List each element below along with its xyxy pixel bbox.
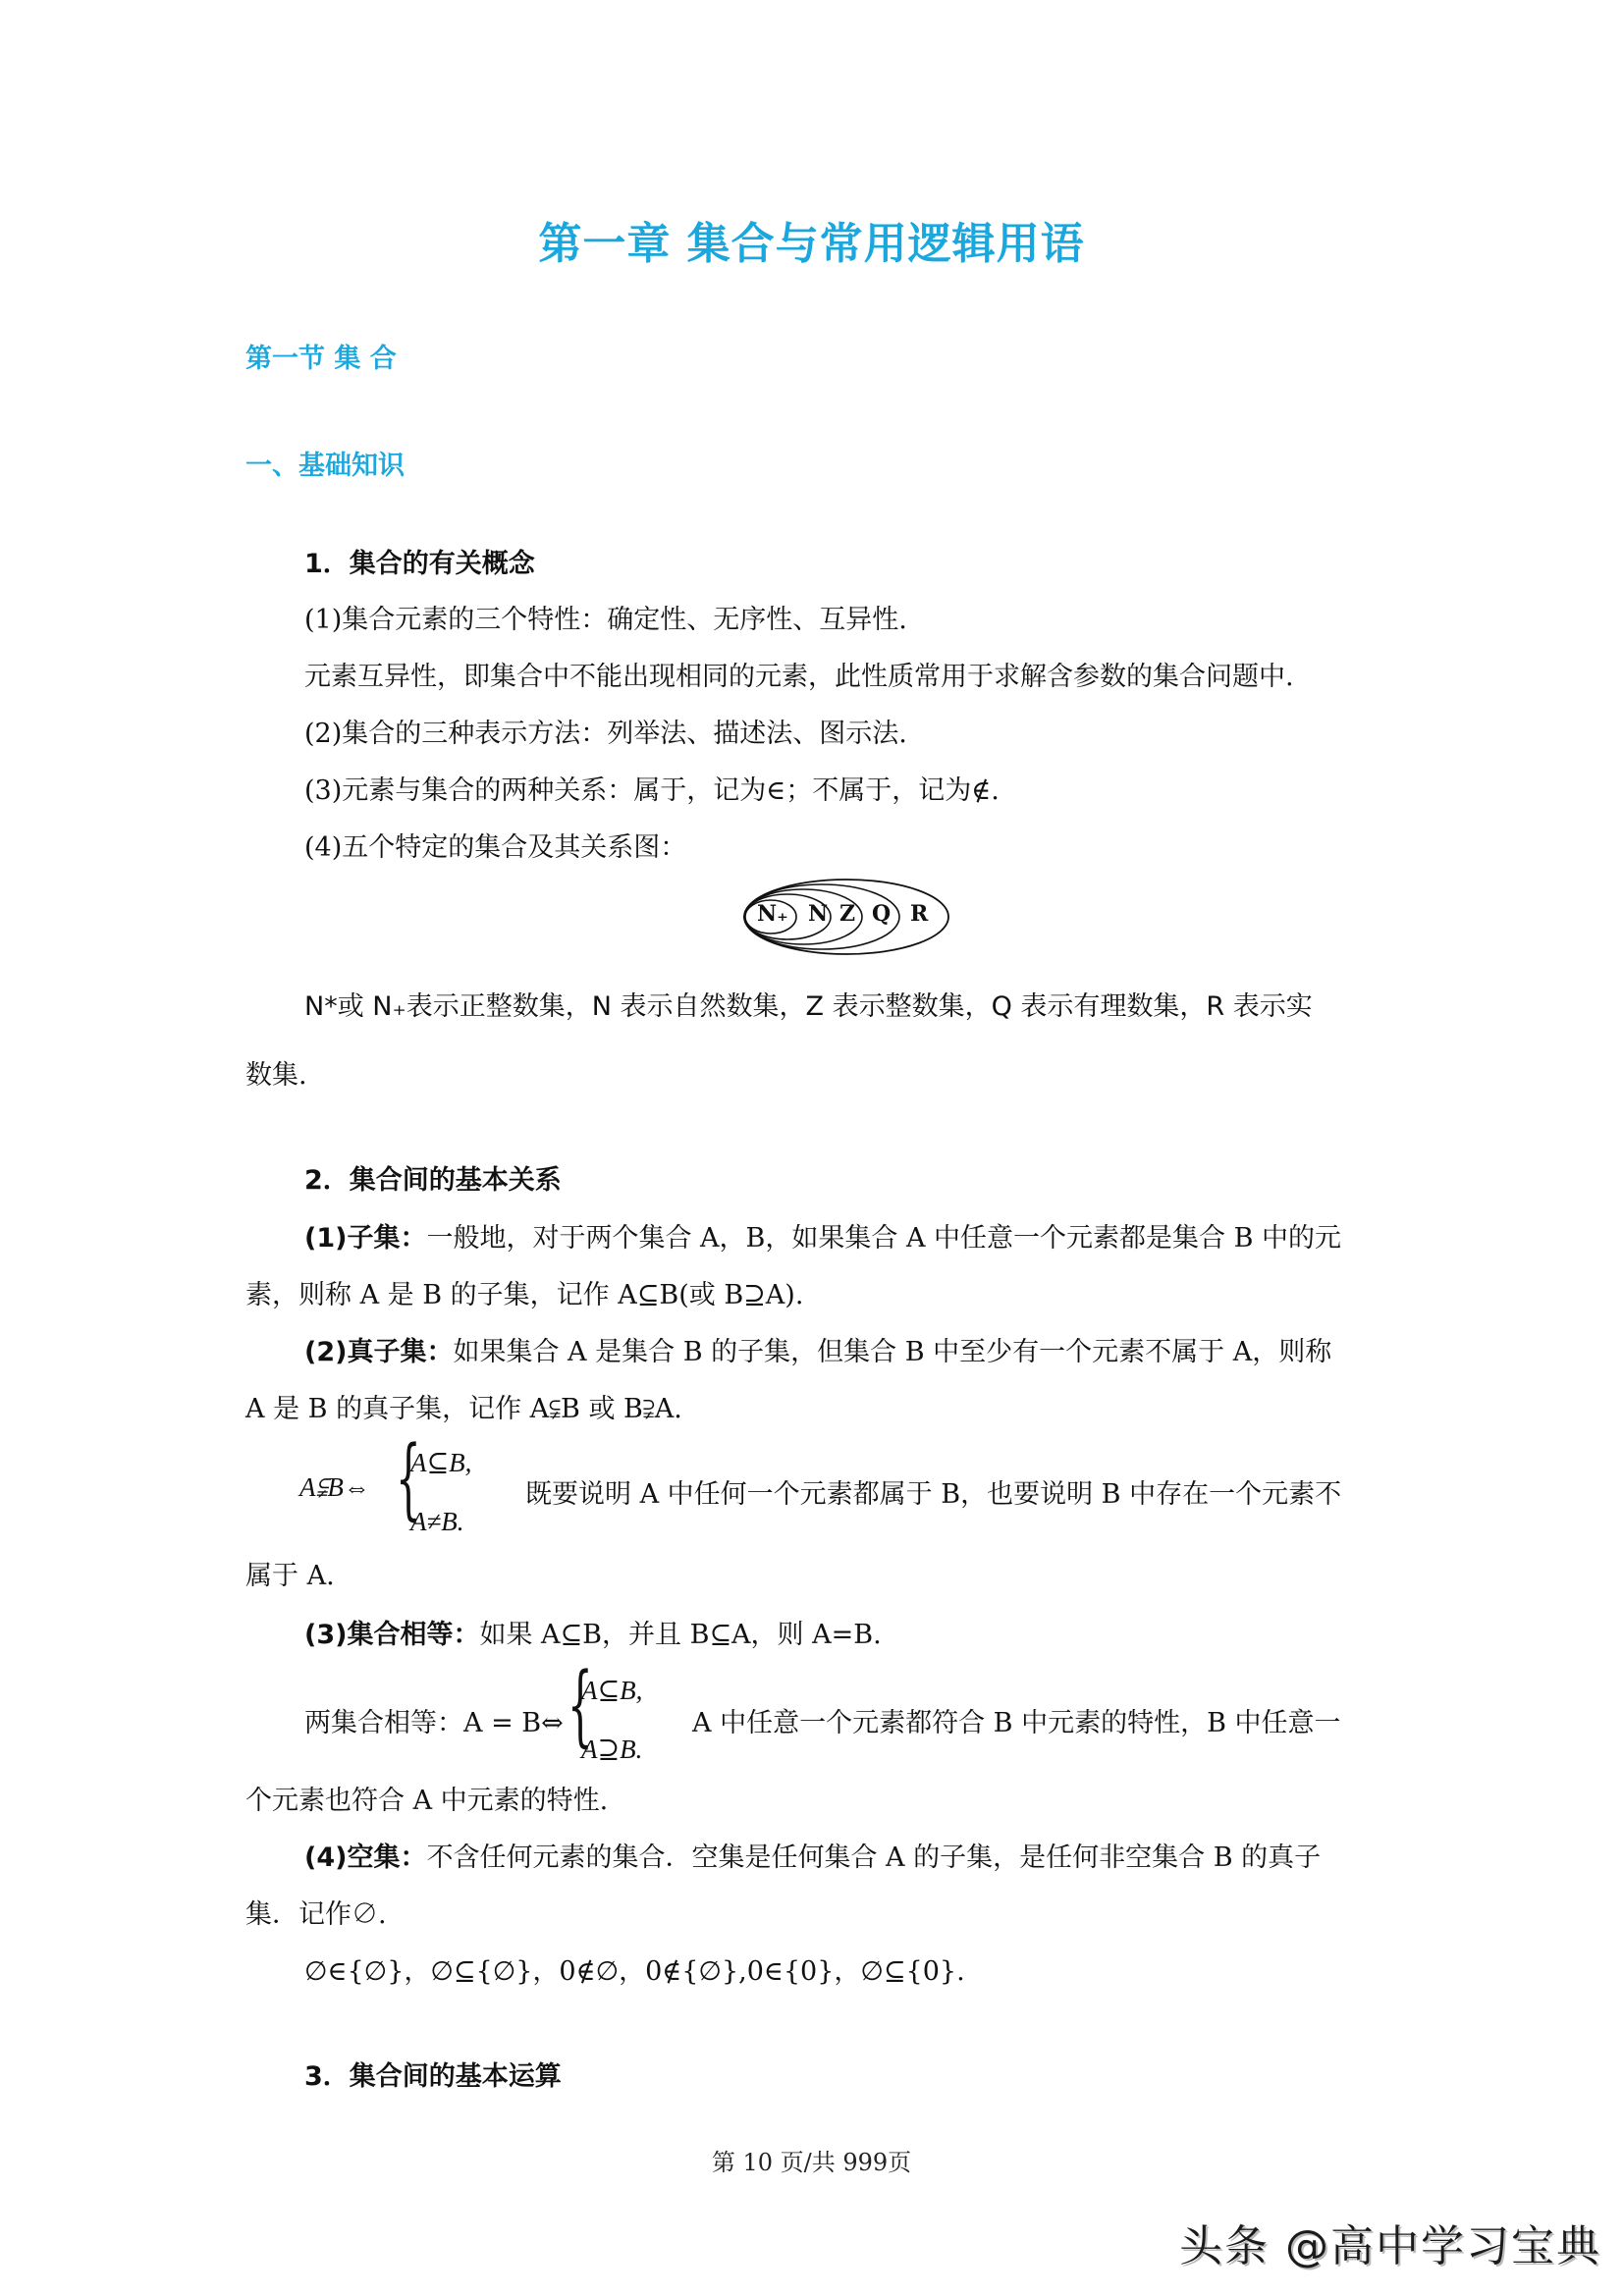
proper-formula-top: A⊆B,: [410, 1433, 471, 1492]
chapter-title: 第一章 集合与常用逻辑用语: [0, 208, 1623, 271]
subset-label: (1)子集：: [304, 1223, 426, 1254]
proper-explain2: 属于 A.: [245, 1554, 335, 1592]
proper-formula-left: A⫋B⇔: [299, 1472, 370, 1504]
part2-heading: 2．集合间的基本关系: [304, 1158, 562, 1197]
part1-heading: 1．集合的有关概念: [304, 542, 535, 580]
page-footer: 第 10 页/共 999页: [0, 2143, 1623, 2177]
proper-formula-bottom: A≠B.: [410, 1492, 471, 1551]
equal-formula-cases: A⊆B, A⊇B.: [581, 1661, 642, 1779]
proper-formula-cases: A⊆B, A≠B.: [410, 1433, 471, 1551]
equal-formula-bottom: A⊇B.: [581, 1720, 642, 1779]
subsection-title: 一、基础知识: [245, 444, 405, 482]
equal-explain2: 个元素也符合 A 中元素的特性.: [245, 1779, 608, 1817]
proper-subset-label: (2)真子集：: [304, 1337, 453, 1367]
empty-set-text1: 不含任何元素的集合．空集是任何集合 A 的子集，是任何非空集合 B 的真子: [426, 1842, 1321, 1873]
diagram-label-q: Q: [872, 901, 891, 927]
equal-explain1: A 中任意一个元素都符合 B 中元素的特性，B 中任意一: [692, 1701, 1341, 1739]
part1-line2: 元素互异性，即集合中不能出现相同的元素，此性质常用于求解含参数的集合问题中.: [304, 655, 1294, 693]
watermark: 头条 @高中学习宝典: [1179, 2211, 1601, 2273]
section-title: 第一节 集 合: [245, 337, 397, 375]
proper-subset-paragraph-line1: (2)真子集：如果集合 A 是集合 B 的子集，但集合 B 中至少有一个元素不属…: [304, 1330, 1331, 1368]
empty-set-label: (4)空集：: [304, 1842, 426, 1873]
number-sets-diagram: N₊ N Z Q R: [741, 876, 952, 959]
equal-text: 如果 A⊆B，并且 B⊆A，则 A=B.: [479, 1620, 881, 1650]
proper-subset-text1: 如果集合 A 是集合 B 的子集，但集合 B 中至少有一个元素不属于 A，则称: [453, 1337, 1331, 1367]
equal-formula-left: 两集合相等：A = B⇔: [304, 1701, 564, 1739]
empty-set-text2: 集．记作∅.: [245, 1893, 387, 1931]
equal-formula-top: A⊆B,: [581, 1661, 642, 1720]
empty-set-paragraph-line1: (4)空集：不含任何元素的集合．空集是任何集合 A 的子集，是任何非空集合 B …: [304, 1836, 1321, 1874]
number-sets-note-line1: N*或 N₊表示正整数集，N 表示自然数集，Z 表示整数集，Q 表示有理数集，R…: [304, 985, 1313, 1023]
diagram-label-npos: N₊: [757, 901, 788, 927]
diagram-label-n: N: [808, 901, 828, 927]
part1-line5: (4)五个特定的集合及其关系图：: [304, 826, 686, 864]
number-sets-note-line2: 数集.: [245, 1053, 307, 1092]
empty-set-examples: ∅∈{∅}，∅⊆{∅}，0∉∅，0∉{∅},0∈{0}，∅⊆{0}.: [304, 1949, 965, 1988]
equal-label: (3)集合相等：: [304, 1620, 479, 1650]
subset-text1: 一般地，对于两个集合 A，B，如果集合 A 中任意一个元素都是集合 B 中的元: [426, 1223, 1341, 1254]
proper-explain1: 既要说明 A 中任何一个元素都属于 B，也要说明 B 中存在一个元素不: [525, 1472, 1341, 1511]
part1-line3: (2)集合的三种表示方法：列举法、描述法、图示法.: [304, 712, 907, 750]
diagram-label-r: R: [910, 901, 928, 927]
subset-text2: 素，则称 A 是 B 的子集，记作 A⊆B(或 B⊇A).: [245, 1273, 803, 1311]
part3-heading: 3．集合间的基本运算: [304, 2055, 562, 2093]
part1-line4: (3)元素与集合的两种关系：属于，记为∈；不属于，记为∉.: [304, 769, 1000, 807]
equal-paragraph: (3)集合相等：如果 A⊆B，并且 B⊆A，则 A=B.: [304, 1613, 882, 1651]
diagram-label-z: Z: [839, 901, 855, 927]
proper-subset-text2: A 是 B 的真子集，记作 A⫋B 或 B⫌A.: [245, 1387, 682, 1425]
part1-line1: (1)集合元素的三个特性：确定性、无序性、互异性.: [304, 598, 907, 636]
subset-paragraph-line1: (1)子集：一般地，对于两个集合 A，B，如果集合 A 中任意一个元素都是集合 …: [304, 1216, 1341, 1255]
